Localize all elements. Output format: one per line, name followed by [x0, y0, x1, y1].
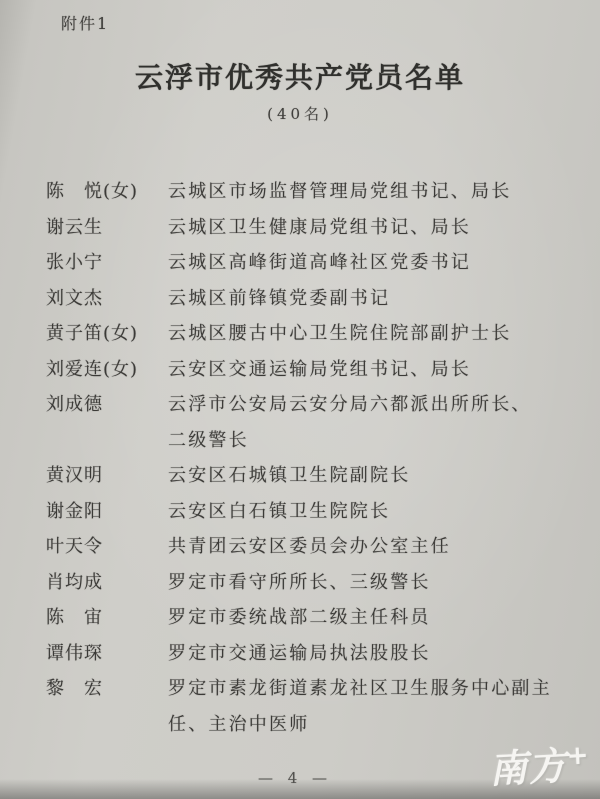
- list-item: 刘爱连(女) 云安区交通运输局党组书记、局长: [46, 352, 560, 388]
- list-item: 叶天令 共青团云安区委员会办公室主任: [46, 529, 560, 565]
- person-position: 云城区高峰街道高峰社区党委书记: [168, 245, 560, 281]
- person-position: 罗定市看守所所长、三级警长: [168, 565, 560, 601]
- person-name: 刘文杰: [46, 281, 168, 317]
- list-item: 张小宁 云城区高峰街道高峰社区党委书记: [46, 245, 560, 281]
- list-item: 谢金阳 云安区白石镇卫生院院长: [46, 494, 560, 530]
- person-name: 刘成德: [46, 387, 168, 423]
- page-subtitle: (40名): [0, 103, 600, 124]
- person-position: 云城区卫生健康局党组书记、局长: [168, 210, 560, 246]
- person-position: 云安区交通运输局党组书记、局长: [168, 352, 560, 388]
- person-position: 云安区白石镇卫生院院长: [168, 494, 560, 530]
- person-position: 罗定市委统战部二级主任科员: [168, 600, 560, 636]
- nanfang-plus-logo: 南方+: [488, 733, 592, 793]
- person-position: 共青团云安区委员会办公室主任: [168, 529, 560, 565]
- list-item: 陈 宙 罗定市委统战部二级主任科员: [46, 600, 560, 636]
- document-page: 附件1 云浮市优秀共产党员名单 (40名) 陈 悦(女) 云城区市场监督管理局党…: [0, 0, 600, 799]
- person-position: 云城区前锋镇党委副书记: [168, 281, 560, 317]
- person-name: 叶天令: [46, 529, 168, 565]
- person-name: 黄汉明: [46, 458, 168, 494]
- person-name: 谢金阳: [46, 494, 168, 530]
- list-item: 谭伟琛 罗定市交通运输局执法股股长: [46, 636, 560, 672]
- person-name: 谢云生: [46, 210, 168, 246]
- person-name: 黎 宏: [46, 671, 168, 707]
- plus-icon: +: [566, 740, 590, 771]
- person-name: 黄子笛(女): [46, 316, 168, 352]
- person-position: 罗定市交通运输局执法股股长: [168, 636, 560, 672]
- person-name: 谭伟琛: [46, 636, 168, 672]
- person-name: 张小宁: [46, 245, 168, 281]
- person-position: 罗定市素龙街道素龙社区卫生服务中心副主 任、主治中医师: [168, 671, 560, 742]
- attachment-label: 附件1: [61, 11, 109, 34]
- person-name: 刘爱连(女): [46, 352, 168, 388]
- list-item: 刘文杰 云城区前锋镇党委副书记: [46, 281, 560, 317]
- list-item: 黎 宏 罗定市素龙街道素龙社区卫生服务中心副主 任、主治中医师: [46, 671, 560, 742]
- person-name: 陈 宙: [46, 600, 168, 636]
- list-item: 陈 悦(女) 云城区市场监督管理局党组书记、局长: [46, 174, 560, 210]
- list-item: 黄汉明 云安区石城镇卫生院副院长: [46, 458, 560, 494]
- person-position: 云安区石城镇卫生院副院长: [168, 458, 560, 494]
- list-item: 谢云生 云城区卫生健康局党组书记、局长: [46, 210, 560, 246]
- list-item: 肖均成 罗定市看守所所长、三级警长: [46, 565, 560, 601]
- person-name: 肖均成: [46, 565, 168, 601]
- person-position: 云浮市公安局云安分局六都派出所所长、 二级警长: [168, 387, 560, 458]
- person-position: 云城区市场监督管理局党组书记、局长: [168, 174, 560, 210]
- list-item: 刘成德 云浮市公安局云安分局六都派出所所长、 二级警长: [46, 387, 560, 458]
- logo-text: 南方: [488, 744, 568, 792]
- awardee-list: 陈 悦(女) 云城区市场监督管理局党组书记、局长 谢云生 云城区卫生健康局党组书…: [46, 174, 560, 742]
- list-item: 黄子笛(女) 云城区腰古中心卫生院住院部副护士长: [46, 316, 560, 352]
- person-name: 陈 悦(女): [46, 174, 168, 210]
- page-title: 云浮市优秀共产党员名单: [0, 56, 600, 96]
- person-position: 云城区腰古中心卫生院住院部副护士长: [168, 316, 560, 352]
